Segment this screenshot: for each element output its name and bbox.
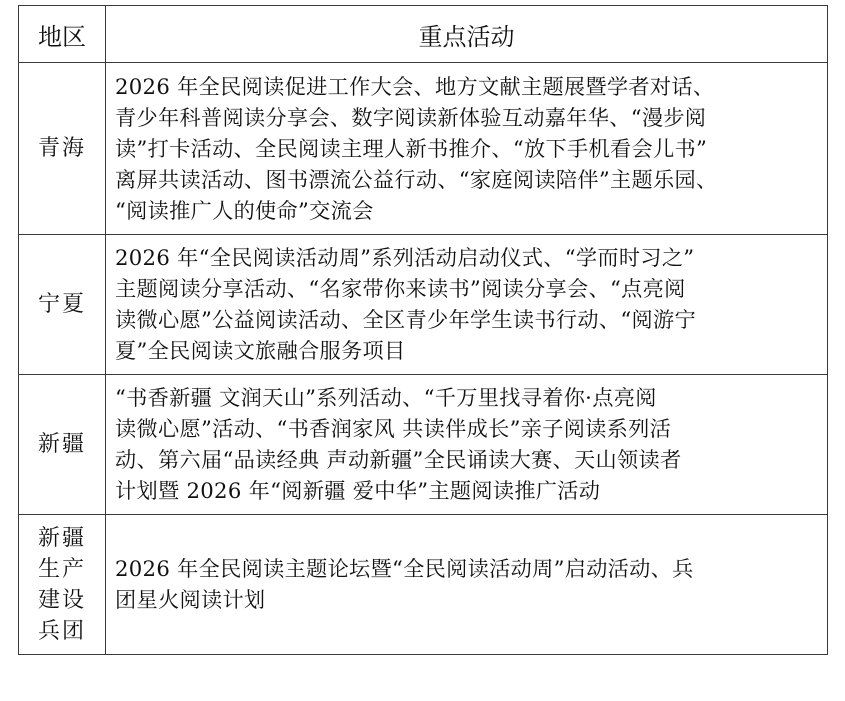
activity-line: “书香新疆 文润天山”系列活动、“千万里找寻着你·点亮阅 <box>115 382 819 413</box>
header-activities: 重点活动 <box>106 6 828 63</box>
activity-line: 读微心愿”公益阅读活动、全区青少年学生读书行动、“阅游宁 <box>115 304 819 335</box>
activity-line: 离屏共读活动、图书漂流公益行动、“家庭阅读陪伴”主题乐园、 <box>115 164 819 195</box>
region-line: 新疆 <box>19 523 105 554</box>
activity-line: 团星火阅读计划 <box>115 584 819 615</box>
reading-activities-table-container: 地区 重点活动 青海 2026 年全民阅读促进工作大会、地方文献主题展暨学者对话… <box>18 5 828 655</box>
activities-cell: 2026 年全民阅读主题论坛暨“全民阅读活动周”启动活动、兵 团星火阅读计划 <box>106 515 828 655</box>
activities-cell: 2026 年全民阅读促进工作大会、地方文献主题展暨学者对话、 青少年科普阅读分享… <box>106 63 828 235</box>
activities-cell: “书香新疆 文润天山”系列活动、“千万里找寻着你·点亮阅 读微心愿”活动、“书香… <box>106 375 828 515</box>
region-line: 建设 <box>19 585 105 616</box>
activity-line: 计划暨 2026 年“阅新疆 爱中华”主题阅读推广活动 <box>115 475 819 506</box>
region-line: 兵团 <box>19 616 105 647</box>
activity-line: 读”打卡活动、全民阅读主理人新书推介、“放下手机看会儿书” <box>115 133 819 164</box>
region-line: 生产 <box>19 554 105 585</box>
activity-line: 夏”全民阅读文旅融合服务项目 <box>115 335 819 366</box>
table-row-xpcc: 新疆 生产 建设 兵团 2026 年全民阅读主题论坛暨“全民阅读活动周”启动活动… <box>19 515 828 655</box>
region-cell: 宁夏 <box>19 235 106 375</box>
header-row: 地区 重点活动 <box>19 6 828 63</box>
region-cell: 新疆 生产 建设 兵团 <box>19 515 106 655</box>
activity-line: 2026 年“全民阅读活动周”系列活动启动仪式、“学而时习之” <box>115 242 819 273</box>
table-row-ningxia: 宁夏 2026 年“全民阅读活动周”系列活动启动仪式、“学而时习之” 主题阅读分… <box>19 235 828 375</box>
activity-line: 青少年科普阅读分享会、数字阅读新体验互动嘉年华、“漫步阅 <box>115 102 819 133</box>
activity-line: 读微心愿”活动、“书香润家风 共读伴成长”亲子阅读系列活 <box>115 413 819 444</box>
reading-activities-table: 地区 重点活动 青海 2026 年全民阅读促进工作大会、地方文献主题展暨学者对话… <box>18 5 828 655</box>
activity-line: 2026 年全民阅读促进工作大会、地方文献主题展暨学者对话、 <box>115 71 819 102</box>
activity-line: 动、第六届“品读经典 声动新疆”全民诵读大赛、天山领读者 <box>115 444 819 475</box>
region-cell: 青海 <box>19 63 106 235</box>
region-cell: 新疆 <box>19 375 106 515</box>
table-row-qinghai: 青海 2026 年全民阅读促进工作大会、地方文献主题展暨学者对话、 青少年科普阅… <box>19 63 828 235</box>
activities-cell: 2026 年“全民阅读活动周”系列活动启动仪式、“学而时习之” 主题阅读分享活动… <box>106 235 828 375</box>
activity-line: “阅读推广人的使命”交流会 <box>115 195 819 226</box>
activity-line: 2026 年全民阅读主题论坛暨“全民阅读活动周”启动活动、兵 <box>115 553 819 584</box>
header-region: 地区 <box>19 6 106 63</box>
activity-line: 主题阅读分享活动、“名家带你来读书”阅读分享会、“点亮阅 <box>115 273 819 304</box>
table-row-xinjiang: 新疆 “书香新疆 文润天山”系列活动、“千万里找寻着你·点亮阅 读微心愿”活动、… <box>19 375 828 515</box>
